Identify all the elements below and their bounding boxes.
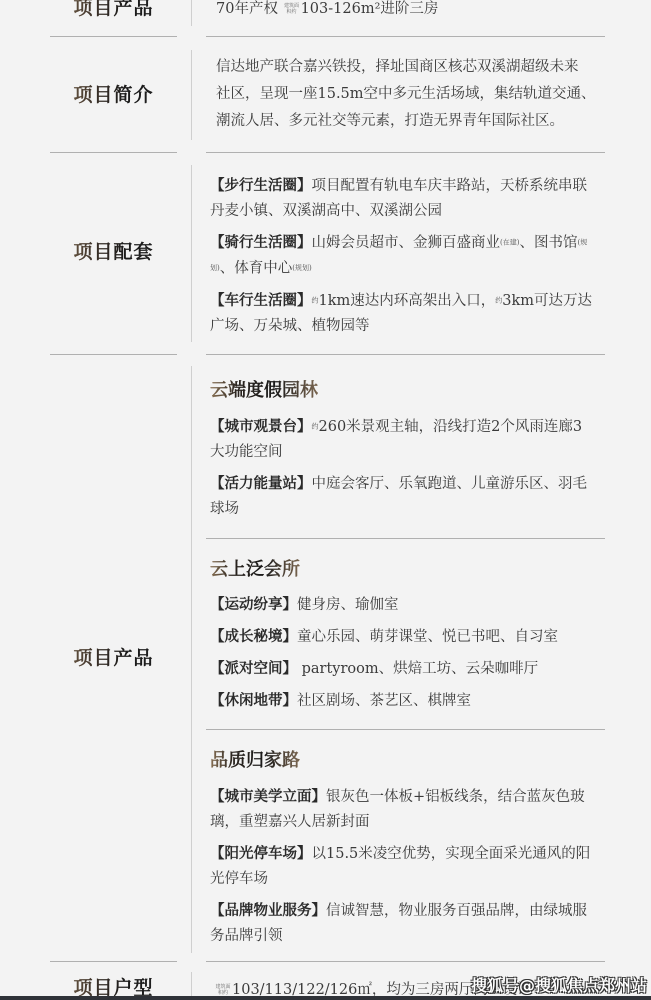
amenity-drive: 【车行生活圈】约1km速达内环高架出入口，约3km可达万达广场、万朵城、植物园等 xyxy=(210,288,595,339)
property-rights: 70年产权 xyxy=(216,1,278,17)
list-item: 【运动纷享】健身房、瑜伽室 xyxy=(210,592,595,618)
amenity-walk: 【步行生活圈】项目配置有轨电车庆丰路站，天桥系统串联丹麦小镇、双溪湖高中、双溪湖… xyxy=(210,173,595,224)
area-range: 103-126m²进阶三房 xyxy=(301,1,439,17)
approx-note: 约 xyxy=(312,423,319,431)
row-label-amenities: 项目配套 xyxy=(50,240,177,264)
row-label-product: 项目产品 xyxy=(50,646,177,670)
list-item: 【活力能量站】中庭会客厅、乐氧跑道、儿童游乐区、羽毛球场 xyxy=(210,471,595,522)
item-text: 社区剧场、茶艺区、棋牌室 xyxy=(297,693,471,709)
row-label-product-top: 项目产品 xyxy=(50,0,177,20)
divider-right xyxy=(206,354,605,355)
item-tag: 【运动纷享】 xyxy=(210,596,297,613)
divider-left xyxy=(50,961,177,962)
approx-note: 约 xyxy=(312,296,319,304)
item-tag: 【品牌物业服务】 xyxy=(210,902,326,919)
amenity-ride: 【骑行生活圈】山姆会员超市、金狮百盛商业(在建)、图书馆(规划)、体育中心(规划… xyxy=(210,230,595,282)
row-label-intro: 项目简介 xyxy=(50,83,177,107)
vertical-divider xyxy=(191,165,192,342)
item-tag: 【城市美学立面】 xyxy=(210,788,326,805)
amenity-text: 山姆会员超市、金狮百盛商业 xyxy=(312,235,501,251)
item-tag: 【城市观景台】 xyxy=(210,418,312,435)
divider-right xyxy=(206,961,605,962)
item-tag: 【派对空间】 xyxy=(210,660,297,677)
item-tag: 【休闲地带】 xyxy=(210,692,297,709)
item-text: 童心乐园、萌芽课堂、悦已书吧、自习室 xyxy=(297,629,558,645)
list-item: 【阳光停车场】以15.5米凌空优势，实现全面采光通风的阳光停车场 xyxy=(210,841,595,892)
item-tag: 【阳光停车场】 xyxy=(210,845,312,862)
divider-right xyxy=(206,36,605,37)
item-text: partyroom、烘焙工坊、云朵咖啡厅 xyxy=(297,661,538,677)
vertical-divider xyxy=(191,366,192,953)
amenity-text: 1km速达内环高架出入口， xyxy=(319,293,496,309)
intro-text: 信达地产联合嘉兴铁投，择址国商区核芯双溪湖超级未来 社区，呈现一座15.5m空中… xyxy=(216,54,596,135)
list-item: 【休闲地带】社区剧场、茶艺区、棋牌室 xyxy=(210,688,595,714)
amenity-tag: 【骑行生活圈】 xyxy=(210,234,312,251)
divider-right xyxy=(206,152,605,153)
homecoming-list: 【城市美学立面】银灰色一体板+铝板线条，结合蓝灰色玻璃，重塑嘉兴人居新封面 【阳… xyxy=(210,784,595,955)
amenity-text: 、图书馆 xyxy=(519,235,577,251)
vertical-divider xyxy=(191,50,192,140)
list-item: 【成长秘境】童心乐园、萌芽课堂、悦已书吧、自习室 xyxy=(210,624,595,650)
item-tag: 【活力能量站】 xyxy=(210,475,312,492)
clubhouse-list: 【运动纷享】健身房、瑜伽室 【成长秘境】童心乐园、萌芽课堂、悦已书吧、自习室 【… xyxy=(210,592,595,714)
list-item: 【城市观景台】约260米景观主轴，沿线打造2个风雨连廊3大功能空间 xyxy=(210,414,595,465)
amenity-note: (规划) xyxy=(292,264,311,272)
group-divider xyxy=(206,538,605,539)
divider-left xyxy=(50,36,177,37)
source-watermark: 搜狐号@搜狐焦点郑州站 xyxy=(471,973,647,996)
area-note: 建筑面积约 xyxy=(283,3,301,15)
bottom-bar xyxy=(0,996,651,1000)
list-item: 【派对空间】 partyroom、烘焙工坊、云朵咖啡厅 xyxy=(210,656,595,682)
group-divider xyxy=(206,729,605,730)
intro-line: 潮流人居、多元社交等元素，打造无界青年国际社区。 xyxy=(216,108,596,135)
product-summary: 70年产权 建筑面积约103-126m²进阶三房 xyxy=(216,0,438,19)
amenity-text: 、体育中心 xyxy=(220,261,293,277)
group-title-clubhouse: 云上泛会所 xyxy=(210,558,300,582)
amenity-tag: 【车行生活圈】 xyxy=(210,292,312,309)
area-note: 建筑面积约 xyxy=(214,984,232,996)
amenity-note: (在建) xyxy=(500,239,519,247)
divider-left xyxy=(50,152,177,153)
amenity-tag: 【步行生活圈】 xyxy=(210,177,312,194)
vertical-divider xyxy=(191,0,192,26)
intro-line: 社区，呈现一座15.5m空中多元生活场域，集结轨道交通、 xyxy=(216,81,596,108)
list-item: 【品牌物业服务】信诚智慧，物业服务百强品牌，由绿城服务品牌引领 xyxy=(210,898,595,949)
divider-left xyxy=(50,354,177,355)
list-item: 【城市美学立面】银灰色一体板+铝板线条，结合蓝灰色玻璃，重塑嘉兴人居新封面 xyxy=(210,784,595,835)
item-tag: 【成长秘境】 xyxy=(210,628,297,645)
group-title-garden: 云端度假园林 xyxy=(210,379,318,403)
item-text: 健身房、瑜伽室 xyxy=(297,597,399,613)
garden-list: 【城市观景台】约260米景观主轴，沿线打造2个风雨连廊3大功能空间 【活力能量站… xyxy=(210,414,595,528)
intro-line: 信达地产联合嘉兴铁投，择址国商区核芯双溪湖超级未来 xyxy=(216,54,596,81)
group-title-homecoming: 品质归家路 xyxy=(210,749,300,773)
amenities-list: 【步行生活圈】项目配置有轨电车庆丰路站，天桥系统串联丹麦小镇、双溪湖高中、双溪湖… xyxy=(210,173,595,345)
